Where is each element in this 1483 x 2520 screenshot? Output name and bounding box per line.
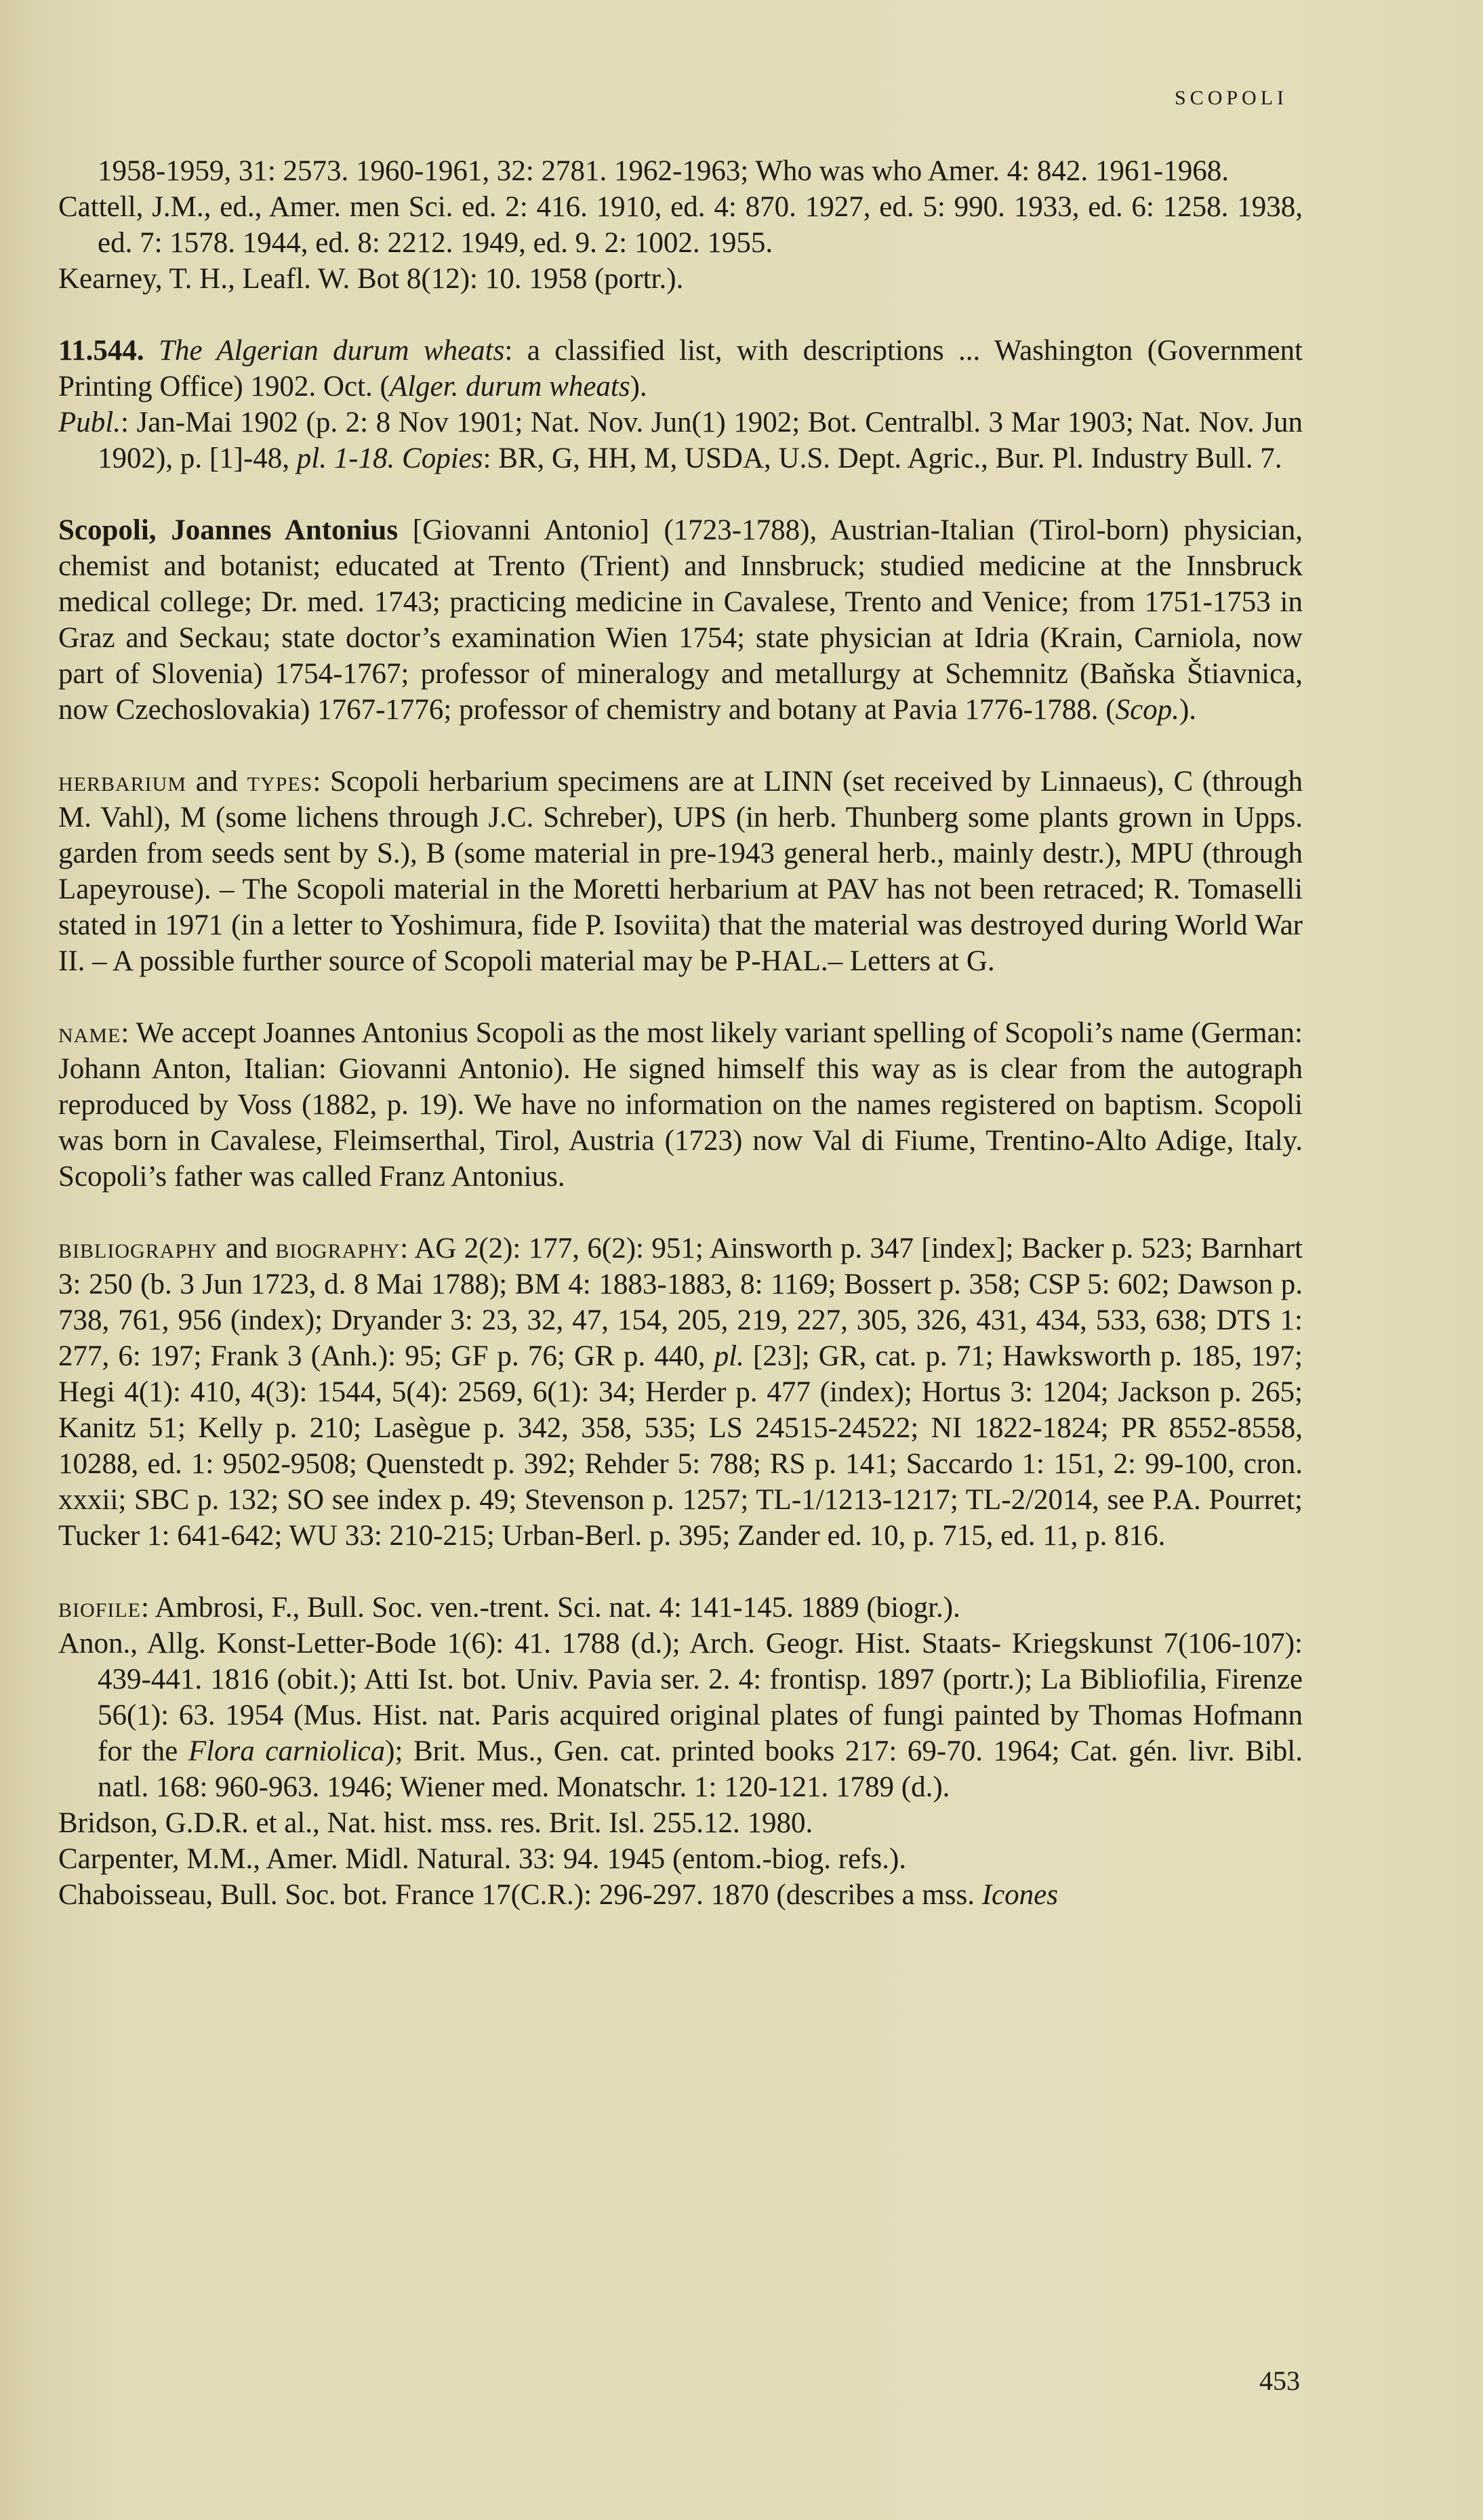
- text-run: Bridson, G.D.R. et al., Nat. hist. mss. …: [58, 1807, 813, 1839]
- section-spacer: [58, 979, 1303, 1015]
- section-herbarium-and-types: HERBARIUM and TYPES: Scopoli herbarium s…: [58, 764, 1303, 979]
- text-run: Carpenter, M.M., Amer. Midl. Natural. 33…: [58, 1843, 906, 1875]
- text-run: and: [218, 1233, 275, 1264]
- section-prior-biofile-continued: 1958-1959, 31: 2573. 1960-1961, 32: 2781…: [58, 153, 1303, 297]
- paragraph: HERBARIUM and TYPES: Scopoli herbarium s…: [58, 764, 1303, 979]
- reference-entry: Kearney, T. H., Leafl. W. Bot 8(12): 10.…: [58, 261, 1303, 297]
- paragraph: NAME: We accept Joannes Antonius Scopoli…: [58, 1015, 1303, 1195]
- italic-text: Flora carniolica: [188, 1735, 385, 1767]
- section-spacer: [58, 728, 1303, 764]
- text-run: ).: [630, 371, 647, 402]
- paragraph: Scopoli, Joannes Antonius [Giovanni Anto…: [58, 512, 1303, 728]
- section-name: NAME: We accept Joannes Antonius Scopoli…: [58, 1015, 1303, 1195]
- section-spacer: [58, 476, 1303, 512]
- paragraph: BIBLIOGRAPHY and BIOGRAPHY: AG 2(2): 177…: [58, 1231, 1303, 1554]
- reference-entry: Bridson, G.D.R. et al., Nat. hist. mss. …: [58, 1805, 1303, 1841]
- italic-text: The Algerian durum wheats: [159, 335, 504, 367]
- section-spacer: [58, 1554, 1303, 1590]
- section-label: NAME: [58, 1017, 121, 1049]
- text-run: 1958-1959, 31: 2573. 1960-1961, 32: 2781…: [98, 155, 1229, 187]
- section-biofile: BIOFILE: Ambrosi, F., Bull. Soc. ven.-tr…: [58, 1590, 1303, 1913]
- section-bibliography-and-biography: BIBLIOGRAPHY and BIOGRAPHY: AG 2(2): 177…: [58, 1231, 1303, 1554]
- reference-entry: BIOFILE: Ambrosi, F., Bull. Soc. ven.-tr…: [58, 1590, 1303, 1626]
- text-run: and: [186, 766, 247, 798]
- page-number: 453: [1259, 2365, 1300, 2397]
- paragraph: 11.544. The Algerian durum wheats: a cla…: [58, 333, 1303, 405]
- text-run: ).: [1179, 694, 1196, 726]
- section-entry-11544: 11.544. The Algerian durum wheats: a cla…: [58, 333, 1303, 476]
- text-run: : Ambrosi, F., Bull. Soc. ven.-trent. Sc…: [141, 1592, 960, 1624]
- text-run: : BR, G, HH, M, USDA, U.S. Dept. Agric.,…: [483, 442, 1282, 474]
- section-label: TYPES: [247, 766, 313, 798]
- reference-entry: Cattell, J.M., ed., Amer. men Sci. ed. 2…: [58, 189, 1303, 261]
- italic-text: Publ.: [58, 407, 121, 438]
- section-spacer: [58, 297, 1303, 333]
- bold-heading: 11.544.: [58, 335, 144, 367]
- text-run: Kearney, T. H., Leafl. W. Bot 8(12): 10.…: [58, 263, 683, 295]
- reference-entry: Anon., Allg. Konst-Letter-Bode 1(6): 41.…: [58, 1626, 1303, 1805]
- text-run: : We accept Joannes Antonius Scopoli as …: [58, 1017, 1303, 1193]
- page-body: 1958-1959, 31: 2573. 1960-1961, 32: 2781…: [58, 153, 1303, 1913]
- section-label: BIBLIOGRAPHY: [58, 1233, 218, 1264]
- bold-heading: Scopoli, Joannes Antonius: [58, 514, 398, 546]
- text-run: Cattell, J.M., ed., Amer. men Sci. ed. 2…: [58, 191, 1303, 259]
- reference-entry: Publ.: Jan-Mai 1902 (p. 2: 8 Nov 1901; N…: [58, 405, 1303, 476]
- italic-text: pl. 1-18. Copies: [297, 442, 483, 474]
- section-label: BIOFILE: [58, 1592, 141, 1624]
- section-label: BIOGRAPHY: [275, 1233, 400, 1264]
- italic-text: Alger. durum wheats: [390, 371, 630, 402]
- text-run: Chaboisseau, Bull. Soc. bot. France 17(C…: [58, 1879, 982, 1911]
- reference-entry: Chaboisseau, Bull. Soc. bot. France 17(C…: [58, 1877, 1303, 1913]
- italic-text: Scop.: [1116, 694, 1179, 726]
- section-label: HERBARIUM: [58, 766, 186, 798]
- text-run: [144, 335, 159, 367]
- section-spacer: [58, 1195, 1303, 1231]
- section-scopoli-biography: Scopoli, Joannes Antonius [Giovanni Anto…: [58, 512, 1303, 728]
- paragraph: 1958-1959, 31: 2573. 1960-1961, 32: 2781…: [58, 153, 1303, 189]
- italic-text: Icones: [982, 1879, 1058, 1911]
- reference-entry: Carpenter, M.M., Amer. Midl. Natural. 33…: [58, 1841, 1303, 1877]
- running-head: SCOPOLI: [1175, 87, 1288, 110]
- italic-text: pl.: [714, 1340, 744, 1372]
